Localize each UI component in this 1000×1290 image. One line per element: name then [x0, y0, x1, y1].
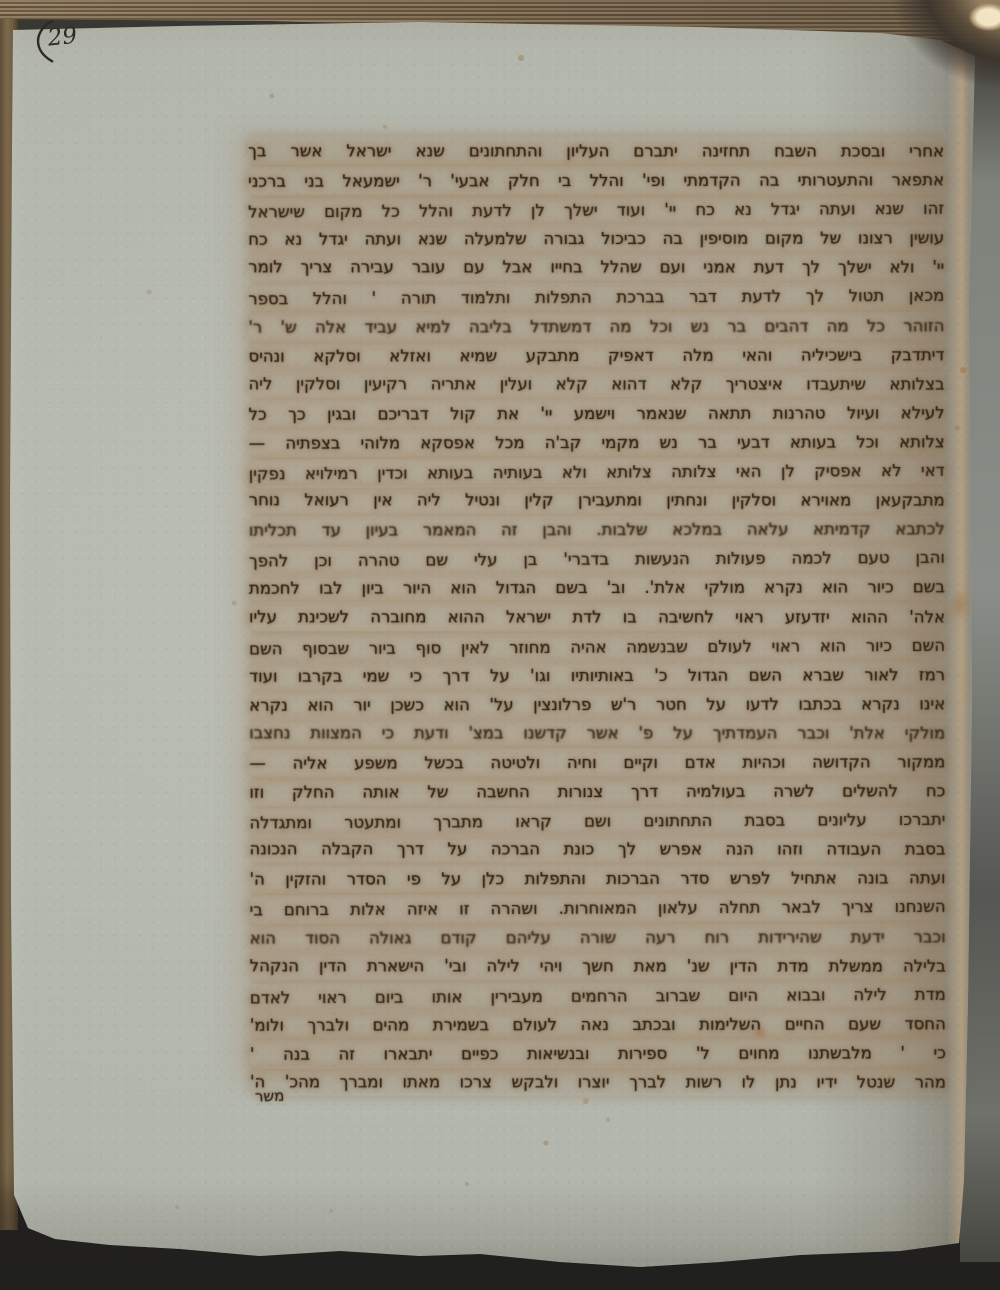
manuscript-line: השם כיור הוא ראוי לעולם שבנשמה אהיה מחוז…: [249, 630, 945, 663]
folio-number-text: 29: [45, 23, 78, 52]
manuscript-line: רמז לאור שברא השם הגדול כ' באותיותיו וגו…: [249, 660, 945, 691]
manuscript-line: ועתה בונה אתחיל לפרש סדר הברכות והתפלות …: [250, 864, 946, 895]
manuscript-line: יי' ולא ישלך לך דעת אמני ועם שהלל בחייו …: [248, 253, 944, 282]
manuscript-line: אינו נקרא בכתבו לדעו על חטר ר'ש פרלונצין…: [249, 689, 945, 720]
manuscript-line: בסבת העבודה וזהו הנה אפרש לך כונת הברכה …: [249, 835, 945, 864]
manuscript-line: וכבר ידעת שהירידות רוח רעה שורה עליהם קו…: [250, 922, 946, 953]
manuscript-line: השנחנו צריך לבאר תחלה עלאון המאוחרות. וש…: [250, 892, 946, 925]
manuscript-photo: 29 אחרי ובסכת השבח תחזינה יתברם העליון ו…: [0, 0, 1000, 1290]
manuscript-line: אחרי ובסכת השבח תחזינה יתברם העליון והתח…: [248, 136, 944, 165]
manuscript-line: בשם כיור הוא נקרא מולקי אלת'. וב' בשם הג…: [249, 573, 945, 604]
manuscript-line: בצלותא שיתעבדו איצטריך קלא דהוא קלא ועלי…: [249, 369, 945, 398]
manuscript-line: מדת לילה ובבוא היום שברוב הרחמים מעבירין…: [250, 979, 946, 1012]
manuscript-line: יתברכו עליונים בסבת התחתונים ושם קראו מת…: [249, 805, 945, 838]
manuscript-line: ממקור הקדושה וכהיות אדם וקיים וחיה ולטיט…: [249, 747, 945, 778]
foxing-spots: [0, 0, 2, 2]
manuscript-line: צלותא וכל בעותא דבעי בר נש מקמי קב'ה מכל…: [249, 427, 945, 458]
manuscript-line: מהר שנטל ידיו נתן לו רשות לברך יוצרו ולב…: [250, 1067, 946, 1096]
manuscript-line: כי ' מלבשתנו מחוים ל' ספירות ובנשיאות כפ…: [250, 1038, 946, 1069]
manuscript-line: אלה' ההוא יזדעזע ראוי לחשיבה בו לדת ישרא…: [249, 602, 945, 631]
red-stain: [752, 1026, 768, 1039]
manuscript-line: דיתדבק בישכיליה והאי מלה דאפיק מתבקע שמי…: [248, 340, 944, 371]
manuscript-line: אתפאר והתעטרותי בה הקדמתי ופי' והלל בי ח…: [248, 165, 944, 196]
manuscript-line: עושין רצונו של מקום מוסיפין בה כביכול גב…: [248, 224, 944, 255]
manuscript-line: לכתבא קדמיתא עלאה במלכא שלבות. והבן זה ה…: [249, 514, 945, 545]
folio-number: 29: [24, 13, 85, 67]
curled-leaf-corner: [840, 0, 1000, 132]
manuscript-line: והבן טעם לכמה פעולות הנעשות בדברי' בן על…: [249, 543, 945, 576]
manuscript-line: זהו שנא ועתה יגדל נא כח יי' ועוד ישלך לן…: [248, 194, 944, 227]
manuscript-line: מכאן תטול לך לדעת דבר בברכת התפלות ותלמו…: [248, 281, 944, 314]
manuscript-text-block: אחרי ובסכת השבח תחזינה יתברם העליון והתח…: [248, 136, 946, 1098]
manuscript-line: בלילה ממשלת מדת הדין שנ' מאת חשך ויהי לי…: [250, 951, 946, 980]
manuscript-line: מתבקעאן מאוירא וסלקין ונחתין ומתעבירן קל…: [249, 485, 945, 514]
manuscript-line: הזוהר כל מה דהבים בר נש וכל מה דמשתדל בל…: [248, 311, 944, 342]
manuscript-line: מולקי אלת' וכבר העמדתיך על פ' אשר קדשנו …: [249, 718, 945, 747]
manuscript-line: החסד שעם החיים השלימות ובכתב נאה לעולם ב…: [250, 1009, 946, 1040]
manuscript-line: דאי לא אפסיק לן האי צלותה צלותא ולא בעות…: [249, 456, 945, 489]
manuscript-line: כח להשלים לשרה בעולמיה דרך צנורות החשבה …: [249, 776, 945, 807]
manuscript-line: לעילא ועיול טהרנות תתאה שנאמר וישמע יי' …: [249, 398, 945, 429]
catchword: משר: [255, 1086, 285, 1105]
